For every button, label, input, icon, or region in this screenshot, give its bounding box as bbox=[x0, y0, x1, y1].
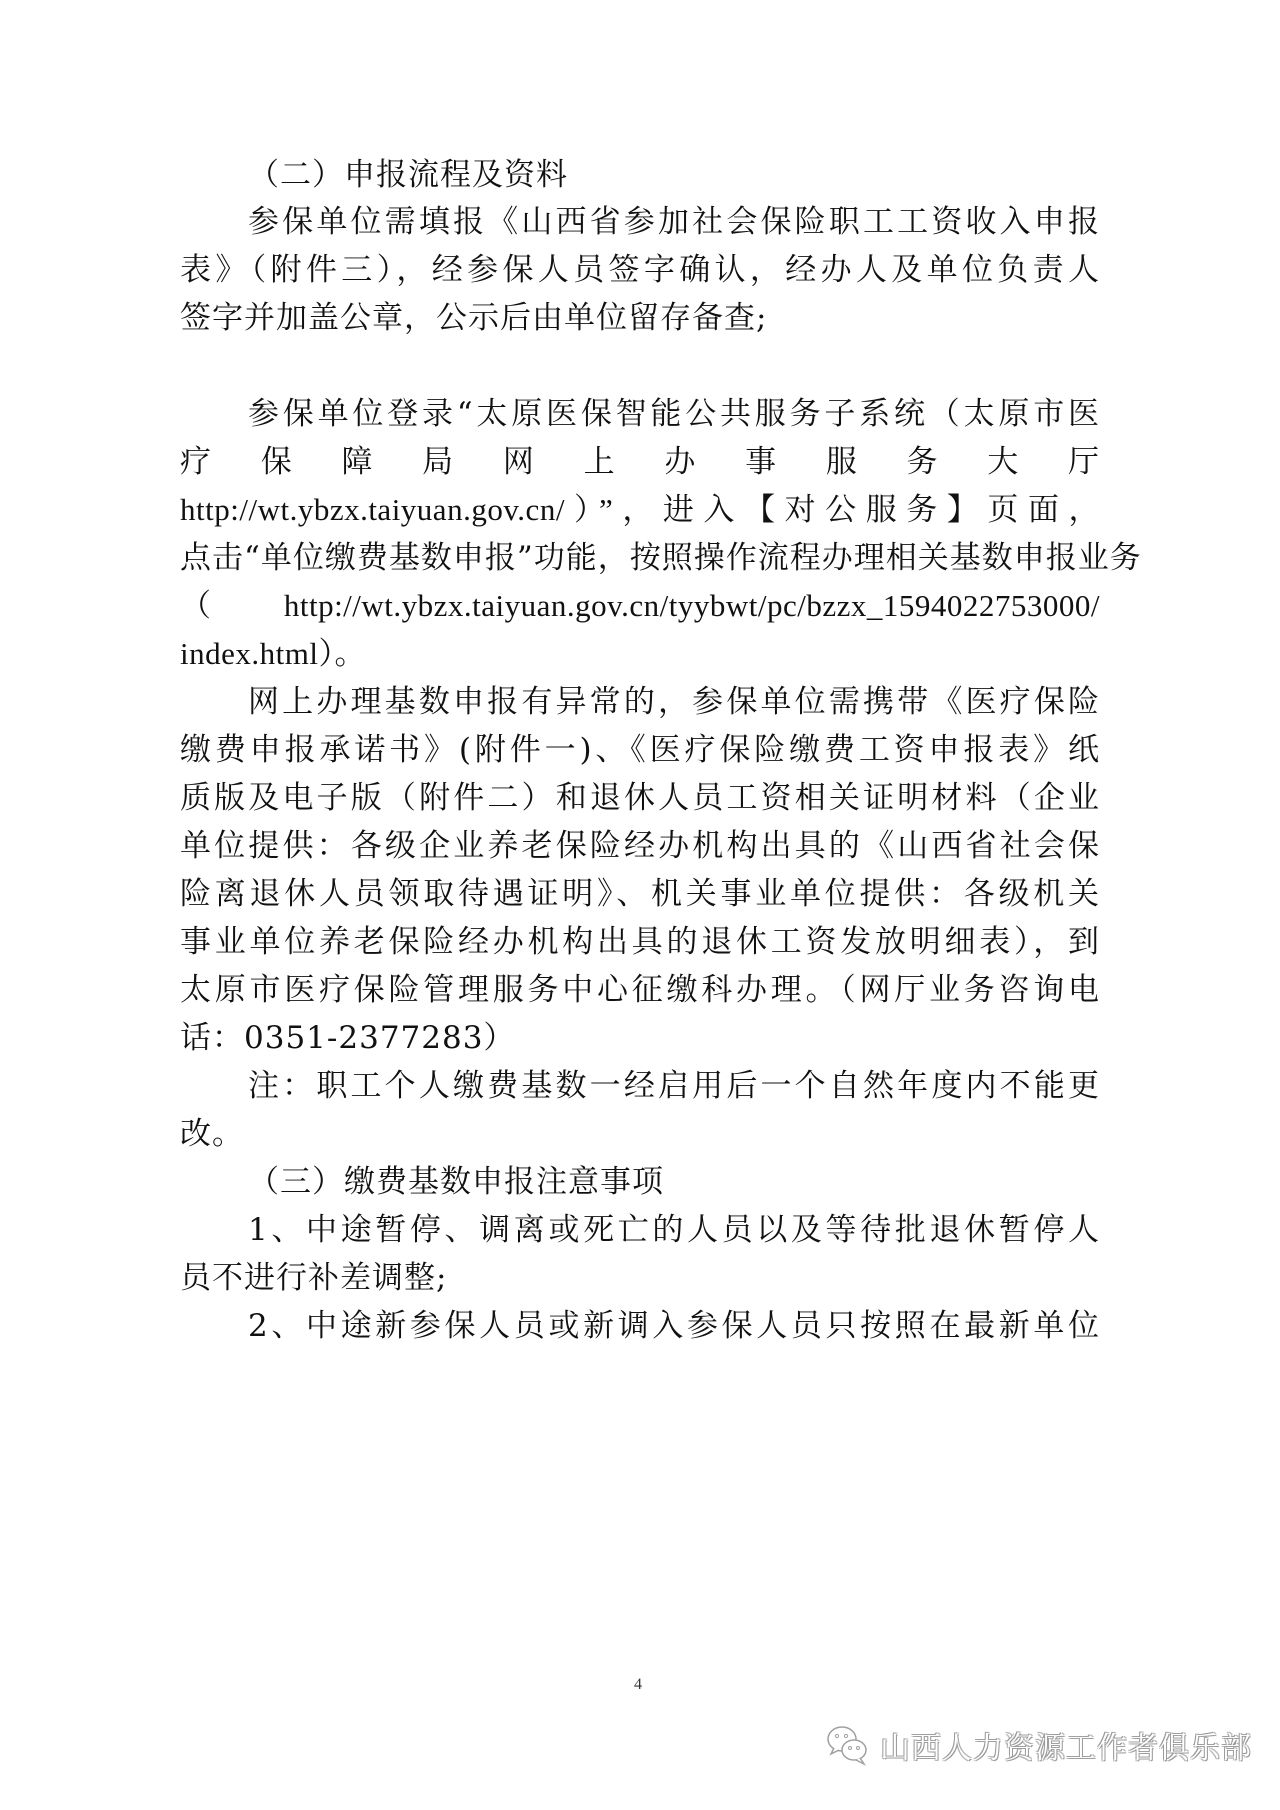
watermark-text: 山西人力资源工作者俱乐部 bbox=[880, 1723, 1252, 1767]
paragraph-line: 点击“单位缴费基数申报”功能，按照操作流程办理相关基数申报业务 bbox=[180, 536, 1100, 580]
url-line: （http://wt.ybzx.taiyuan.gov.cn/tyybwt/pc… bbox=[180, 584, 1100, 628]
watermark: 山西人力资源工作者俱乐部 bbox=[826, 1720, 1252, 1770]
paragraph-line: 表》（附件三），经参保人员签字确认，经办人及单位负责人 bbox=[180, 248, 1100, 292]
section-heading-3: （三）缴费基数申报注意事项 bbox=[248, 1160, 768, 1204]
paragraph-line: 参保单位需填报《山西省参加社会保险职工工资收入申报 bbox=[248, 200, 1100, 244]
url-line: index.html）。 bbox=[180, 632, 1100, 676]
paragraph-line: 事业单位养老保险经办机构出具的退休工资发放明细表），到 bbox=[180, 920, 1100, 964]
paragraph-line: 单位提供：各级企业养老保险经办机构出具的《山西省社会保 bbox=[180, 824, 1100, 868]
page-number: 4 bbox=[634, 1676, 642, 1694]
list-item-1-cont: 员不进行补差调整; bbox=[180, 1256, 1100, 1300]
paragraph-line: 质版及电子版（附件二）和退休人员工资相关证明材料（企业 bbox=[180, 776, 1100, 820]
paragraph-line: 疗 保 障 局 网 上 办 事 服 务 大 厅 bbox=[180, 440, 1100, 484]
list-item-2: 2、中途新参保人员或新调入参保人员只按照在最新单位 bbox=[248, 1304, 1100, 1348]
document-page: （二）申报流程及资料 参保单位需填报《山西省参加社会保险职工工资收入申报 表》（… bbox=[0, 0, 1280, 1810]
list-item-1: 1、中途暂停、调离或死亡的人员以及等待批退休暂停人 bbox=[248, 1208, 1100, 1252]
wechat-icon bbox=[826, 1723, 870, 1767]
paragraph-line: 参保单位登录“太原医保智能公共服务子系统（太原市医 bbox=[248, 392, 1100, 436]
paragraph-line: 网上办理基数申报有异常的，参保单位需携带《医疗保险 bbox=[248, 680, 1100, 724]
paragraph-line: 缴费申报承诺书》(附件一)、《医疗保险缴费工资申报表》纸 bbox=[180, 728, 1100, 772]
section-heading-2: （二）申报流程及资料 bbox=[248, 153, 768, 197]
note-line: 改。 bbox=[180, 1112, 1100, 1156]
paragraph-line: 险离退休人员领取待遇证明》、机关事业单位提供：各级机关 bbox=[180, 872, 1100, 916]
paragraph-line: 签字并加盖公章，公示后由单位留存备查; bbox=[180, 296, 1100, 340]
url-line: http://wt.ybzx.taiyuan.gov.cn/）”，进入【对公服务… bbox=[180, 488, 1100, 532]
note-line: 注：职工个人缴费基数一经启用后一个自然年度内不能更 bbox=[248, 1064, 1100, 1108]
paragraph-line: 太原市医疗保险管理服务中心征缴科办理。（网厅业务咨询电 bbox=[180, 968, 1100, 1012]
phone-line: 话：0351-2377283） bbox=[180, 1016, 1100, 1060]
